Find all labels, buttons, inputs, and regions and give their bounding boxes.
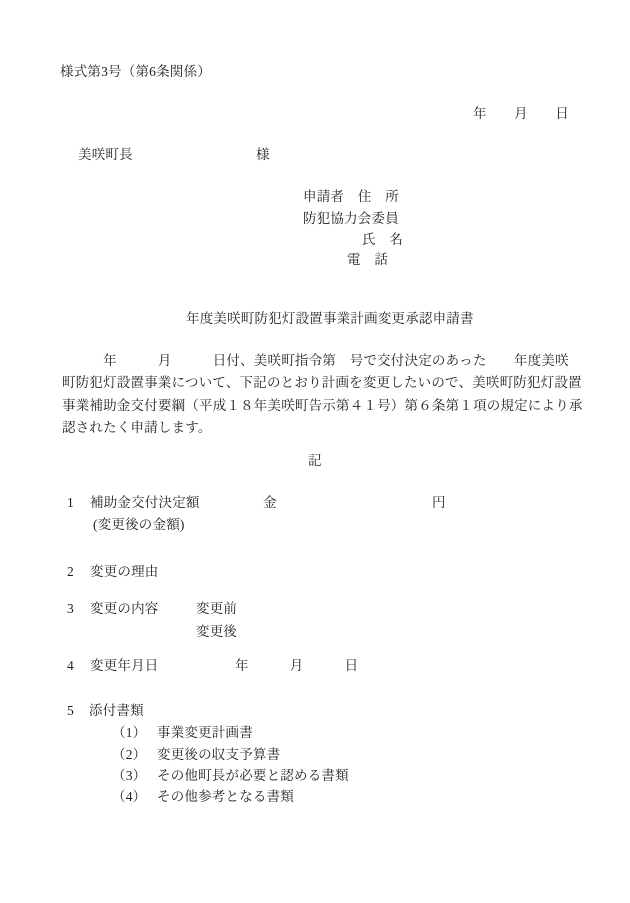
item-note: (変更後の金額) xyxy=(93,517,185,533)
item-number: 4 xyxy=(67,658,74,674)
before-change-label: 変更前 xyxy=(196,601,237,617)
application-form-page: 様式第3号（第6条関係） 年 月 日 美咲町長 様 申請者 住 所 防犯協力会委… xyxy=(0,0,630,903)
attachment-text: 事業変更計画書 xyxy=(157,725,253,741)
attachment-text: その他参考となる書類 xyxy=(157,789,294,805)
item-label: 変更の内容 xyxy=(90,601,159,617)
applicant-phone-label: 電 話 xyxy=(347,252,388,268)
item-number: 5 xyxy=(67,703,74,719)
item-label: 補助金交付決定額 xyxy=(90,495,200,511)
form-number: 様式第3号（第6条関係） xyxy=(60,64,211,80)
attachment-number: （2） xyxy=(112,747,146,763)
item-number: 3 xyxy=(67,601,74,617)
attachment-number: （3） xyxy=(112,768,146,784)
body-line: 認されたく申請します。 xyxy=(62,420,212,436)
item-number: 1 xyxy=(67,495,74,511)
attachment-number: （4） xyxy=(112,789,146,805)
item-label: 変更年月日 xyxy=(90,658,159,674)
attachment-number: （1） xyxy=(112,725,146,741)
amount-prefix: 金 xyxy=(263,495,277,511)
body-line: 事業補助金交付要綱（平成１８年美咲町告示第４１号）第６条第１項の規定により承 xyxy=(62,398,583,414)
date-blank-fields: 年 月 日 xyxy=(235,658,358,674)
item-label: 変更の理由 xyxy=(90,564,159,580)
date-blank-line: 年 月 日 xyxy=(473,106,569,122)
record-marker: 記 xyxy=(0,453,630,469)
item-label: 添付書類 xyxy=(89,703,144,719)
attachment-text: 変更後の収支予算書 xyxy=(157,747,280,763)
body-line: 年 月 日付、美咲町指令第 号で交付決定のあった 年度美咲 xyxy=(62,353,569,369)
addressee-title: 美咲町長 xyxy=(78,147,133,163)
applicant-name-label: 氏 名 xyxy=(362,232,403,248)
document-title: 年度美咲町防犯灯設置事業計画変更承認申請書 xyxy=(186,311,474,327)
attachment-text: その他町長が必要と認める書類 xyxy=(157,768,349,784)
after-change-label: 変更後 xyxy=(196,624,237,640)
amount-suffix: 円 xyxy=(432,495,446,511)
item-number: 2 xyxy=(67,564,74,580)
addressee-honorific: 様 xyxy=(256,147,270,163)
body-line: 町防犯灯設置事業について、下記のとおり計画を変更したいので、美咲町防犯灯設置 xyxy=(62,375,582,391)
applicant-organization: 防犯協力会委員 xyxy=(303,211,399,227)
applicant-address-label: 申請者 住 所 xyxy=(303,189,399,205)
